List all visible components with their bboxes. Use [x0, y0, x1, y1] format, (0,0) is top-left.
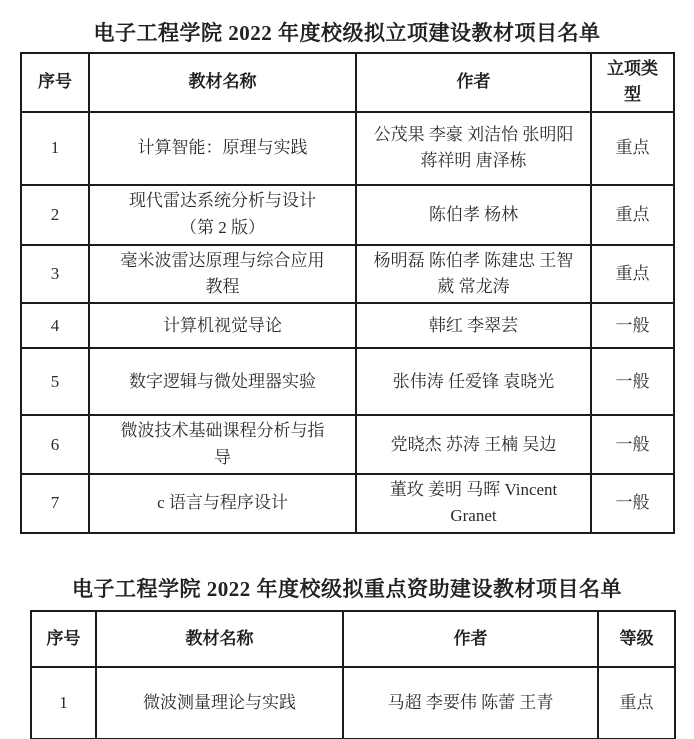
table-key-funded-projects: 序号 教材名称 作者 等级 1 微波测量理论与实践 马超 李要伟 陈蕾 王青 重…	[30, 610, 676, 739]
header-grade: 等级	[598, 611, 675, 667]
table-header-row: 序号 教材名称 作者 立项类型	[21, 53, 674, 112]
cell-serial-no: 7	[21, 474, 89, 533]
cell-authors: 马超 李要伟 陈蕾 王青	[343, 667, 598, 739]
cell-project-type: 重点	[591, 112, 674, 185]
cell-textbook-name: c 语言与程序设计	[89, 474, 356, 533]
cell-authors: 党晓杰 苏涛 王楠 吴边	[356, 415, 591, 474]
cell-textbook-name: 微波技术基础课程分析与指导	[89, 415, 356, 474]
cell-serial-no: 6	[21, 415, 89, 474]
table-row: 6 微波技术基础课程分析与指导 党晓杰 苏涛 王楠 吴边 一般	[21, 415, 674, 474]
cell-authors: 张伟涛 任爱锋 袁晓光	[356, 348, 591, 415]
cell-serial-no: 4	[21, 303, 89, 348]
table2-title: 电子工程学院 2022 年度校级拟重点资助建设教材项目名单	[0, 574, 694, 604]
cell-authors: 陈伯孝 杨林	[356, 185, 591, 245]
cell-project-type: 一般	[591, 303, 674, 348]
cell-textbook-name: 数字逻辑与微处理器实验	[89, 348, 356, 415]
document-page: 电子工程学院 2022 年度校级拟立项建设教材项目名单 序号 教材名称 作者 立…	[0, 0, 694, 739]
cell-serial-no: 1	[21, 112, 89, 185]
cell-authors: 公茂果 李豪 刘洁怡 张明阳 蒋祥明 唐泽栋	[356, 112, 591, 185]
header-textbook-name: 教材名称	[96, 611, 343, 667]
header-serial-no: 序号	[31, 611, 96, 667]
cell-textbook-name: 现代雷达系统分析与设计（第 2 版）	[89, 185, 356, 245]
table-row: 3 毫米波雷达原理与综合应用教程 杨明磊 陈伯孝 陈建忠 王智葳 常龙涛 重点	[21, 245, 674, 304]
cell-serial-no: 5	[21, 348, 89, 415]
table-header-row: 序号 教材名称 作者 等级	[31, 611, 675, 667]
cell-project-type: 重点	[591, 245, 674, 304]
cell-project-type: 一般	[591, 415, 674, 474]
header-serial-no: 序号	[21, 53, 89, 112]
cell-project-type: 一般	[591, 474, 674, 533]
cell-project-type: 重点	[591, 185, 674, 245]
cell-serial-no: 3	[21, 245, 89, 304]
cell-textbook-name: 计算智能：原理与实践	[89, 112, 356, 185]
cell-serial-no: 2	[21, 185, 89, 245]
cell-textbook-name: 微波测量理论与实践	[96, 667, 343, 739]
cell-grade: 重点	[598, 667, 675, 739]
header-authors: 作者	[343, 611, 598, 667]
table-row: 1 微波测量理论与实践 马超 李要伟 陈蕾 王青 重点	[31, 667, 675, 739]
table-row: 2 现代雷达系统分析与设计（第 2 版） 陈伯孝 杨林 重点	[21, 185, 674, 245]
table-row: 4 计算机视觉导论 韩红 李翠芸 一般	[21, 303, 674, 348]
cell-project-type: 一般	[591, 348, 674, 415]
cell-authors: 杨明磊 陈伯孝 陈建忠 王智葳 常龙涛	[356, 245, 591, 304]
cell-textbook-name: 毫米波雷达原理与综合应用教程	[89, 245, 356, 304]
table1-title: 电子工程学院 2022 年度校级拟立项建设教材项目名单	[0, 18, 694, 48]
header-project-type: 立项类型	[591, 53, 674, 112]
table-proposed-projects: 序号 教材名称 作者 立项类型 1 计算智能：原理与实践 公茂果 李豪 刘洁怡 …	[20, 52, 675, 534]
header-textbook-name: 教材名称	[89, 53, 356, 112]
table-row: 1 计算智能：原理与实践 公茂果 李豪 刘洁怡 张明阳 蒋祥明 唐泽栋 重点	[21, 112, 674, 185]
cell-textbook-name: 计算机视觉导论	[89, 303, 356, 348]
cell-serial-no: 1	[31, 667, 96, 739]
header-authors: 作者	[356, 53, 591, 112]
table-row: 5 数字逻辑与微处理器实验 张伟涛 任爱锋 袁晓光 一般	[21, 348, 674, 415]
cell-authors: 韩红 李翠芸	[356, 303, 591, 348]
cell-authors: 董玫 姜明 马晖 Vincent Granet	[356, 474, 591, 533]
table-row: 7 c 语言与程序设计 董玫 姜明 马晖 Vincent Granet 一般	[21, 474, 674, 533]
